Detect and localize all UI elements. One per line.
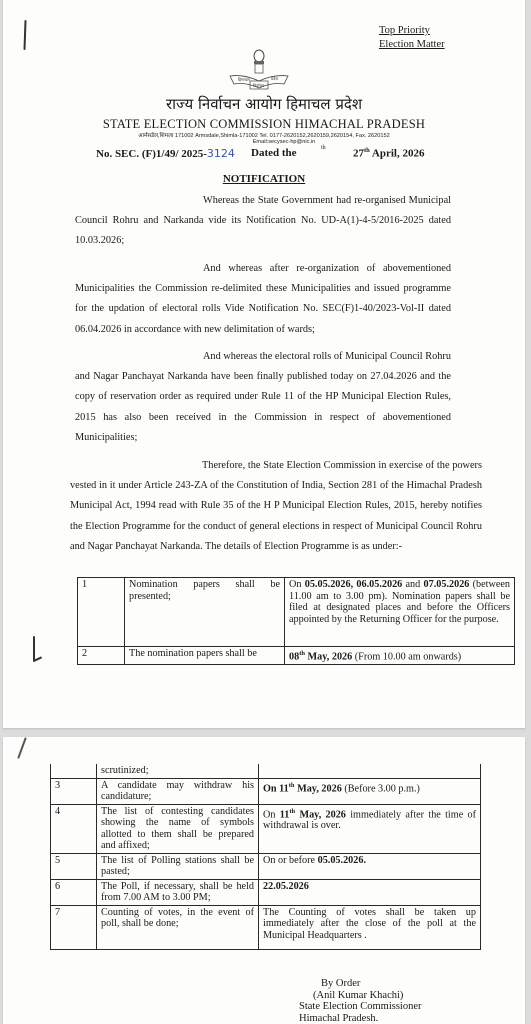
- svg-text:हिमाचल: हिमाचल: [238, 77, 250, 82]
- value-text: (Before 3.00 p.m.): [342, 783, 420, 794]
- paragraph-whereas-3: And whereas the electoral rolls of Munic…: [75, 347, 451, 448]
- row-value: On 11th May, 2026 immediately after the …: [259, 804, 481, 853]
- value-text: and: [402, 579, 423, 590]
- row-description: The Poll, if necessary, shall be held fr…: [97, 879, 259, 905]
- row-description: The list of contesting candidates showin…: [97, 804, 259, 853]
- row-description: Counting of votes, in the event of poll,…: [97, 905, 259, 949]
- english-title: STATE ELECTION COMMISSION HIMACHAL PRADE…: [3, 117, 525, 132]
- table-row: scrutinized;: [51, 764, 481, 778]
- value-text: 11: [280, 809, 290, 820]
- table-row: 1 Nomination papers shall be presented; …: [78, 578, 515, 647]
- signatory-name: (Anil Kumar Khachi): [299, 990, 421, 1002]
- priority-line: Election Matter: [379, 38, 445, 52]
- row-description: A candidate may withdraw his candidature…: [97, 778, 259, 804]
- paragraph-whereas-2: And whereas after re-organization of abo…: [75, 259, 451, 340]
- value-text: May, 2026: [295, 783, 342, 794]
- email-line: Email:secysec-hp@nic.in: [3, 139, 525, 145]
- row-description: The nomination papers shall be: [125, 647, 285, 665]
- row-value: [259, 764, 481, 778]
- address-line: आर्मसडेल,शिमला 171002 Armsdale,Shimla-17…: [3, 131, 525, 139]
- row-description: Nomination papers shall be presented;: [125, 578, 285, 647]
- value-text: The Counting of votes shall be taken up …: [263, 907, 476, 941]
- value-text: 07.05.2026: [424, 579, 470, 590]
- row-number: 3: [51, 778, 97, 804]
- pen-mark: [17, 737, 26, 758]
- row-number: 2: [78, 647, 125, 665]
- value-text: On or before: [263, 855, 318, 866]
- row-number: 5: [51, 853, 97, 879]
- issue-date: 27th April, 2026: [353, 147, 424, 160]
- table-row: 3 A candidate may withdraw his candidatu…: [51, 778, 481, 804]
- election-programme-table-part2: scrutinized; 3 A candidate may withdraw …: [50, 764, 481, 950]
- paragraph-therefore: Therefore, the State Election Commission…: [70, 456, 482, 557]
- signatory-state: Himachal Pradesh.: [299, 1013, 421, 1024]
- state-emblem-icon: हिमाचल प्रदेश निर्वाचन: [226, 48, 292, 98]
- value-text: On 11: [263, 783, 289, 794]
- row-value: 08th May, 2026 (From 10.00 am onwards): [285, 647, 515, 665]
- dated-superscript: th: [321, 145, 326, 151]
- reference-line: No. SEC. (F)1/49/ 2025-3124 Dated the th…: [96, 147, 456, 160]
- value-text: 05.05.2026.: [318, 855, 366, 866]
- signature-block: By Order (Anil Kumar Khachi) State Elect…: [299, 978, 421, 1024]
- row-value: On 05.05.2026, 06.05.2026 and 07.05.2026…: [285, 578, 515, 647]
- value-text: 08: [289, 651, 299, 662]
- row-description: scrutinized;: [97, 764, 259, 778]
- row-number: 4: [51, 804, 97, 853]
- row-number: 6: [51, 879, 97, 905]
- table-row: 7 Counting of votes, in the event of pol…: [51, 905, 481, 949]
- hindi-title: राज्य निर्वाचन आयोग हिमाचल प्रदेश: [3, 94, 525, 114]
- row-number: 7: [51, 905, 97, 949]
- value-text: 22.05.2026: [263, 881, 309, 892]
- date-month-year: April, 2026: [370, 148, 425, 160]
- signatory-designation: State Election Commissioner: [299, 1001, 421, 1013]
- priority-line: Top Priority: [379, 24, 445, 38]
- election-programme-table-part1: 1 Nomination papers shall be presented; …: [77, 577, 515, 665]
- reference-number: No. SEC. (F)1/49/ 2025-: [96, 148, 207, 160]
- value-text: On: [289, 579, 305, 590]
- signature-by-order: By Order: [299, 978, 421, 990]
- paragraph-text: And whereas after re-organization of abo…: [75, 263, 451, 335]
- pen-mark: [23, 20, 26, 50]
- svg-text:प्रदेश: प्रदेश: [271, 76, 278, 81]
- value-text: (From 10.00 am onwards): [352, 651, 461, 662]
- paragraph-whereas-1: Whereas the State Government had re-orga…: [75, 191, 451, 252]
- row-value: On 11th May, 2026 (Before 3.00 p.m.): [259, 778, 481, 804]
- value-text: On: [263, 809, 280, 820]
- table-row: 5 The list of Polling stations shall be …: [51, 853, 481, 879]
- paragraph-text: Whereas the State Government had re-orga…: [75, 195, 451, 246]
- row-value: The Counting of votes shall be taken up …: [259, 905, 481, 949]
- row-description: The list of Polling stations shall be pa…: [97, 853, 259, 879]
- row-number: [51, 764, 97, 778]
- value-text: 05.05.2026, 06.05.2026: [305, 579, 403, 590]
- document-page-1: Top Priority Election Matter हिमाचल प्रद…: [3, 0, 525, 728]
- priority-label: Top Priority Election Matter: [379, 24, 445, 52]
- table-row: 2 The nomination papers shall be 08th Ma…: [78, 647, 515, 665]
- table-row: 4 The list of contesting candidates show…: [51, 804, 481, 853]
- handwritten-number: 3124: [207, 147, 235, 160]
- row-value: 22.05.2026: [259, 879, 481, 905]
- paragraph-text: And whereas the electoral rolls of Munic…: [75, 351, 451, 443]
- dated-label: Dated the: [251, 147, 297, 159]
- pen-mark: [34, 656, 42, 661]
- value-text: May, 2026: [295, 809, 346, 820]
- notification-title: NOTIFICATION: [3, 173, 525, 185]
- value-text: May, 2026: [305, 651, 352, 662]
- row-number: 1: [78, 578, 125, 647]
- paragraph-text: Therefore, the State Election Commission…: [70, 460, 482, 552]
- row-value: On or before 05.05.2026.: [259, 853, 481, 879]
- table-row: 6 The Poll, if necessary, shall be held …: [51, 879, 481, 905]
- svg-text:निर्वाचन: निर्वाचन: [253, 83, 265, 88]
- date-day: 27: [353, 148, 364, 160]
- document-page-2: scrutinized; 3 A candidate may withdraw …: [3, 737, 525, 1024]
